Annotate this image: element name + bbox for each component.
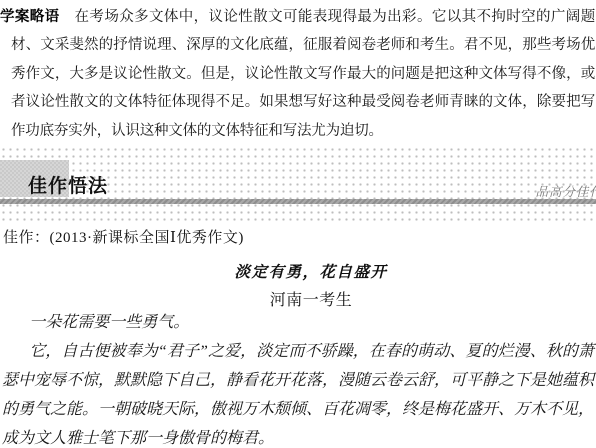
corner-note: 品高分佳作: [535, 182, 596, 200]
intro-label: 学案略语: [0, 9, 60, 25]
intro-paragraph: 学案略语在考场众多文体中，议论性散文可能表现得最为出彩。它以其不拘时空的广阔题材…: [0, 3, 595, 145]
essay-paragraph: 一朵花需要一些勇气。: [2, 308, 594, 337]
intro-text: 在考场众多文体中，议论性散文可能表现得最为出彩。它以其不拘时空的广阔题材、文采斐…: [11, 9, 595, 139]
essay-title: 淡定有勇，花自盛开: [0, 260, 596, 282]
essay-source-line: 佳作：(2013·新课标全国Ⅰ优秀作文): [3, 226, 244, 247]
essay-paragraph: 它，自古便被奉为“君子”之爱，淡定而不骄躁，在春的萌动、夏的烂漫、秋的萧瑟中宠辱…: [2, 337, 594, 448]
section-header: 佳作悟法 品高分佳作: [0, 146, 596, 222]
section-divider: [0, 199, 596, 204]
essay-author: 河南一考生: [0, 287, 596, 310]
section-title: 佳作悟法: [28, 171, 108, 198]
textbook-page: 学案略语在考场众多文体中，议论性散文可能表现得最为出彩。它以其不拘时空的广阔题材…: [0, 0, 596, 448]
essay-body: 一朵花需要一些勇气。 它，自古便被奉为“君子”之爱，淡定而不骄躁，在春的萌动、夏…: [2, 308, 594, 448]
